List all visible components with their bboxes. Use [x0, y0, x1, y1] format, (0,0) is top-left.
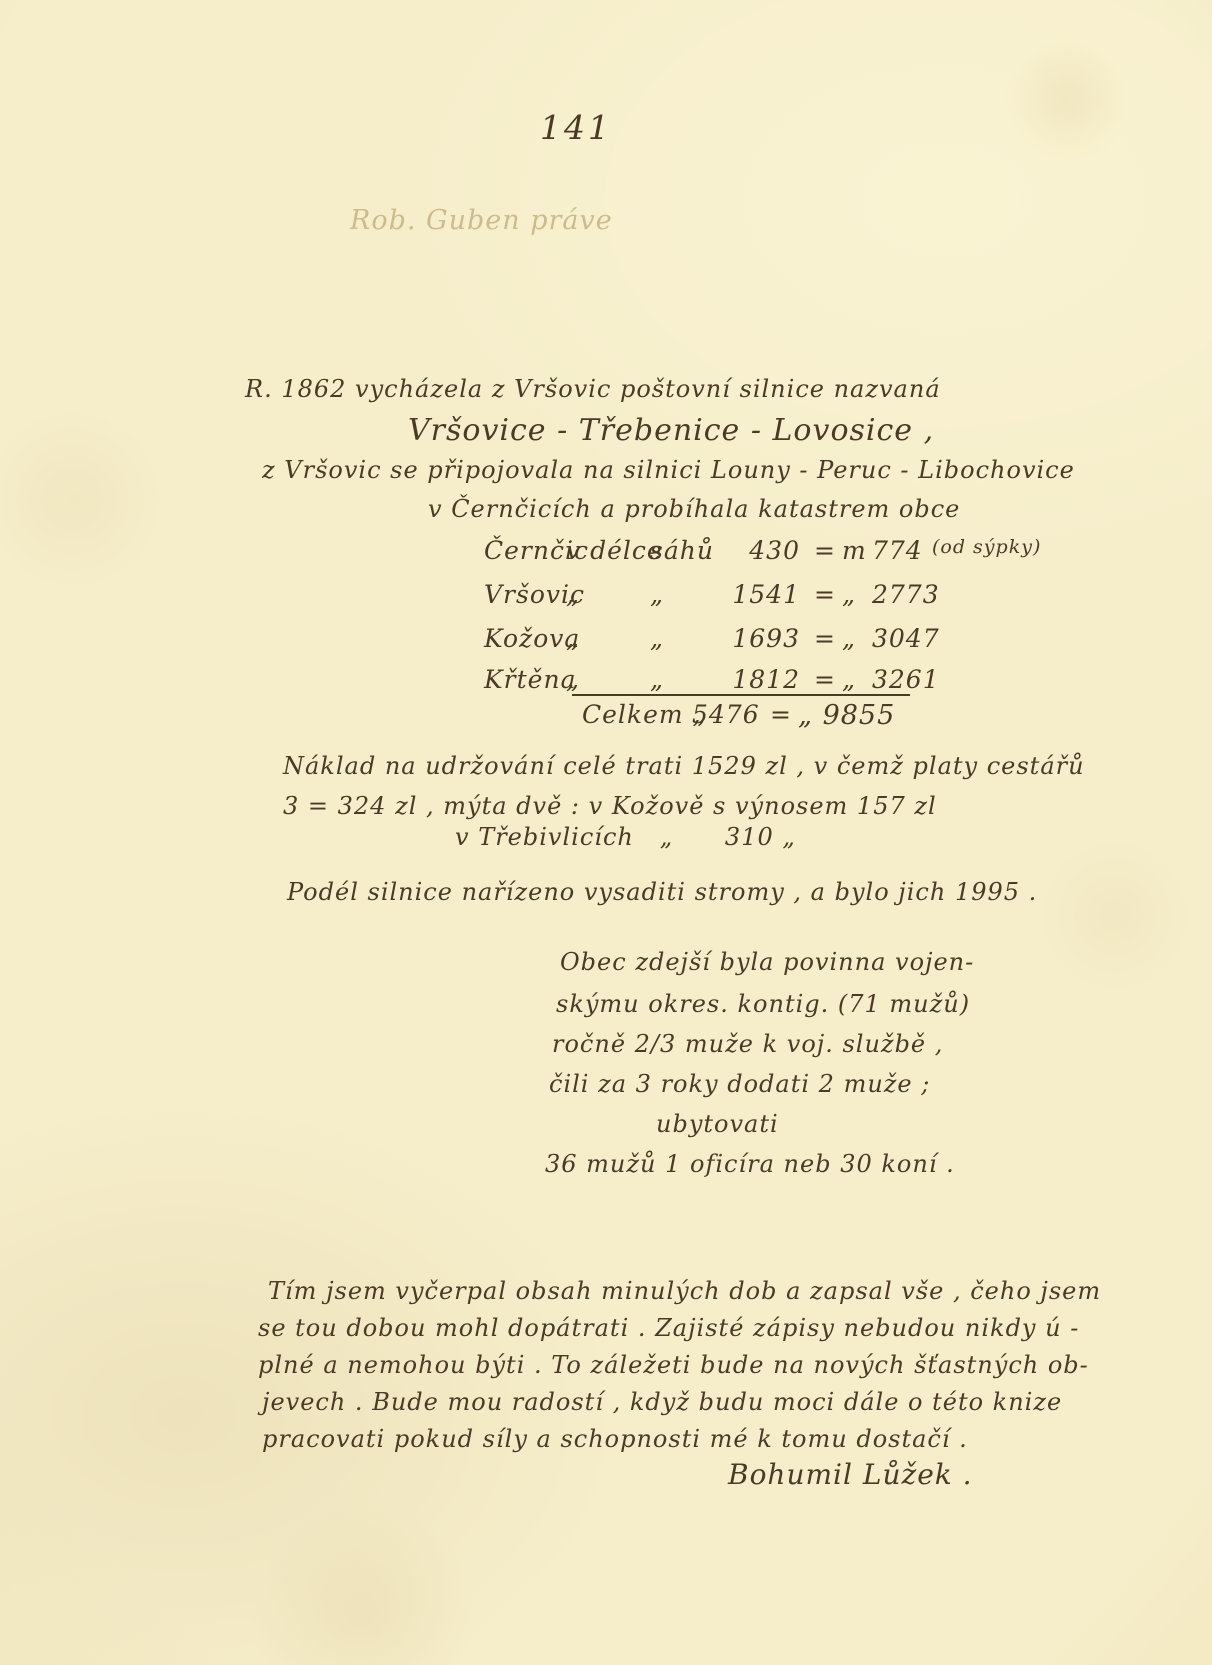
table-equals: =	[814, 624, 836, 654]
table-row: Vršovic „ „ 1541 = „ 2773	[470, 580, 1030, 614]
total-meters: „ 9855	[798, 700, 895, 732]
military-line-3: ročně 2/3 muže k voj. službě ,	[552, 1030, 943, 1059]
table-ditto: „	[566, 580, 580, 610]
table-length-value: 1541	[700, 580, 800, 610]
trees-line: Podél silnice nařízeno vysaditi stromy ,…	[287, 878, 1037, 907]
table-length-value: 430	[700, 536, 800, 566]
table-sum-rule	[572, 694, 910, 696]
table-equals: =	[814, 536, 836, 566]
table-meter-value: 2773	[872, 580, 940, 610]
table-length-value: 1812	[700, 665, 800, 695]
military-line-1: Obec zdejší byla povinna vojen-	[560, 948, 974, 977]
intro-line-3: z Vršovic se připojovala na silnici Loun…	[262, 456, 1075, 485]
faded-pencil-note: Rob. Guben práve	[350, 205, 613, 237]
total-label: Celkem „	[582, 700, 706, 730]
table-meter-value: 774	[872, 536, 923, 566]
closing-line-4: jevech . Bude mou radostí , když budu mo…	[262, 1388, 1062, 1417]
table-equals: =	[814, 665, 836, 695]
table-ditto: „	[566, 665, 580, 695]
total-length: 5476	[692, 700, 760, 730]
closing-line-1: Tím jsem vyčerpal obsah minulých dob a z…	[268, 1277, 1101, 1306]
intro-line-4: v Černčicích a probíhala katastrem obce	[428, 495, 960, 524]
table-row: Kožova „ „ 1693 = „ 3047	[470, 624, 1030, 658]
military-line-2: skýmu okres. kontig. (71 mužů)	[556, 990, 970, 1019]
costs-line-3: v Třebivlicích „ 310 „	[455, 823, 796, 852]
page-number: 141	[540, 108, 612, 148]
costs-line-1: Náklad na udržování celé trati 1529 zl ,…	[283, 752, 1085, 781]
table-meter-value: 3047	[872, 624, 940, 654]
table-ditto: „	[650, 580, 664, 610]
table-length-label: v délce	[566, 536, 663, 566]
closing-line-2: se tou dobou mohl dopátrati . Zajisté zá…	[258, 1314, 1079, 1343]
table-place: Křtěna	[484, 665, 576, 695]
table-ditto: „	[650, 624, 664, 654]
table-meter-label: m	[842, 536, 867, 566]
military-line-4: čili za 3 roky dodati 2 muže ;	[549, 1070, 930, 1099]
table-ditto: „	[650, 665, 664, 695]
table-total-row: Celkem „ 5476 = „ 9855	[470, 700, 1030, 734]
table-ditto: „	[842, 665, 856, 695]
total-equals: =	[770, 700, 792, 730]
chronicle-page: 141 Rob. Guben práve R. 1862 vycházela z…	[0, 0, 1212, 1665]
route-name: Vršovice - Třebenice - Lovosice ,	[408, 413, 934, 449]
table-meter-value: 3261	[872, 665, 940, 695]
intro-line-1: R. 1862 vycházela z Vršovic poštovní sil…	[245, 375, 941, 404]
distance-table: Černčic v délce sáhů 430 = m 774 (od sýp…	[470, 532, 1030, 742]
table-ditto: „	[842, 624, 856, 654]
table-note: (od sýpky)	[932, 536, 1041, 559]
costs-line-2: 3 = 324 zl , mýta dvě : v Kožově s výnos…	[283, 792, 937, 821]
table-row: Černčic v délce sáhů 430 = m 774 (od sýp…	[470, 536, 1030, 570]
table-length-value: 1693	[700, 624, 800, 654]
table-ditto: „	[566, 624, 580, 654]
military-line-5: ubytovati	[656, 1110, 779, 1139]
military-line-6: 36 mužů 1 oficíra neb 30 koní .	[545, 1150, 955, 1179]
table-ditto: „	[842, 580, 856, 610]
closing-line-5: pracovati pokud síly a schopnosti mé k t…	[262, 1425, 968, 1454]
signature: Bohumil Lůžek .	[728, 1458, 973, 1492]
table-equals: =	[814, 580, 836, 610]
closing-line-3: plné a nemohou býti . To záležeti bude n…	[258, 1351, 1089, 1380]
